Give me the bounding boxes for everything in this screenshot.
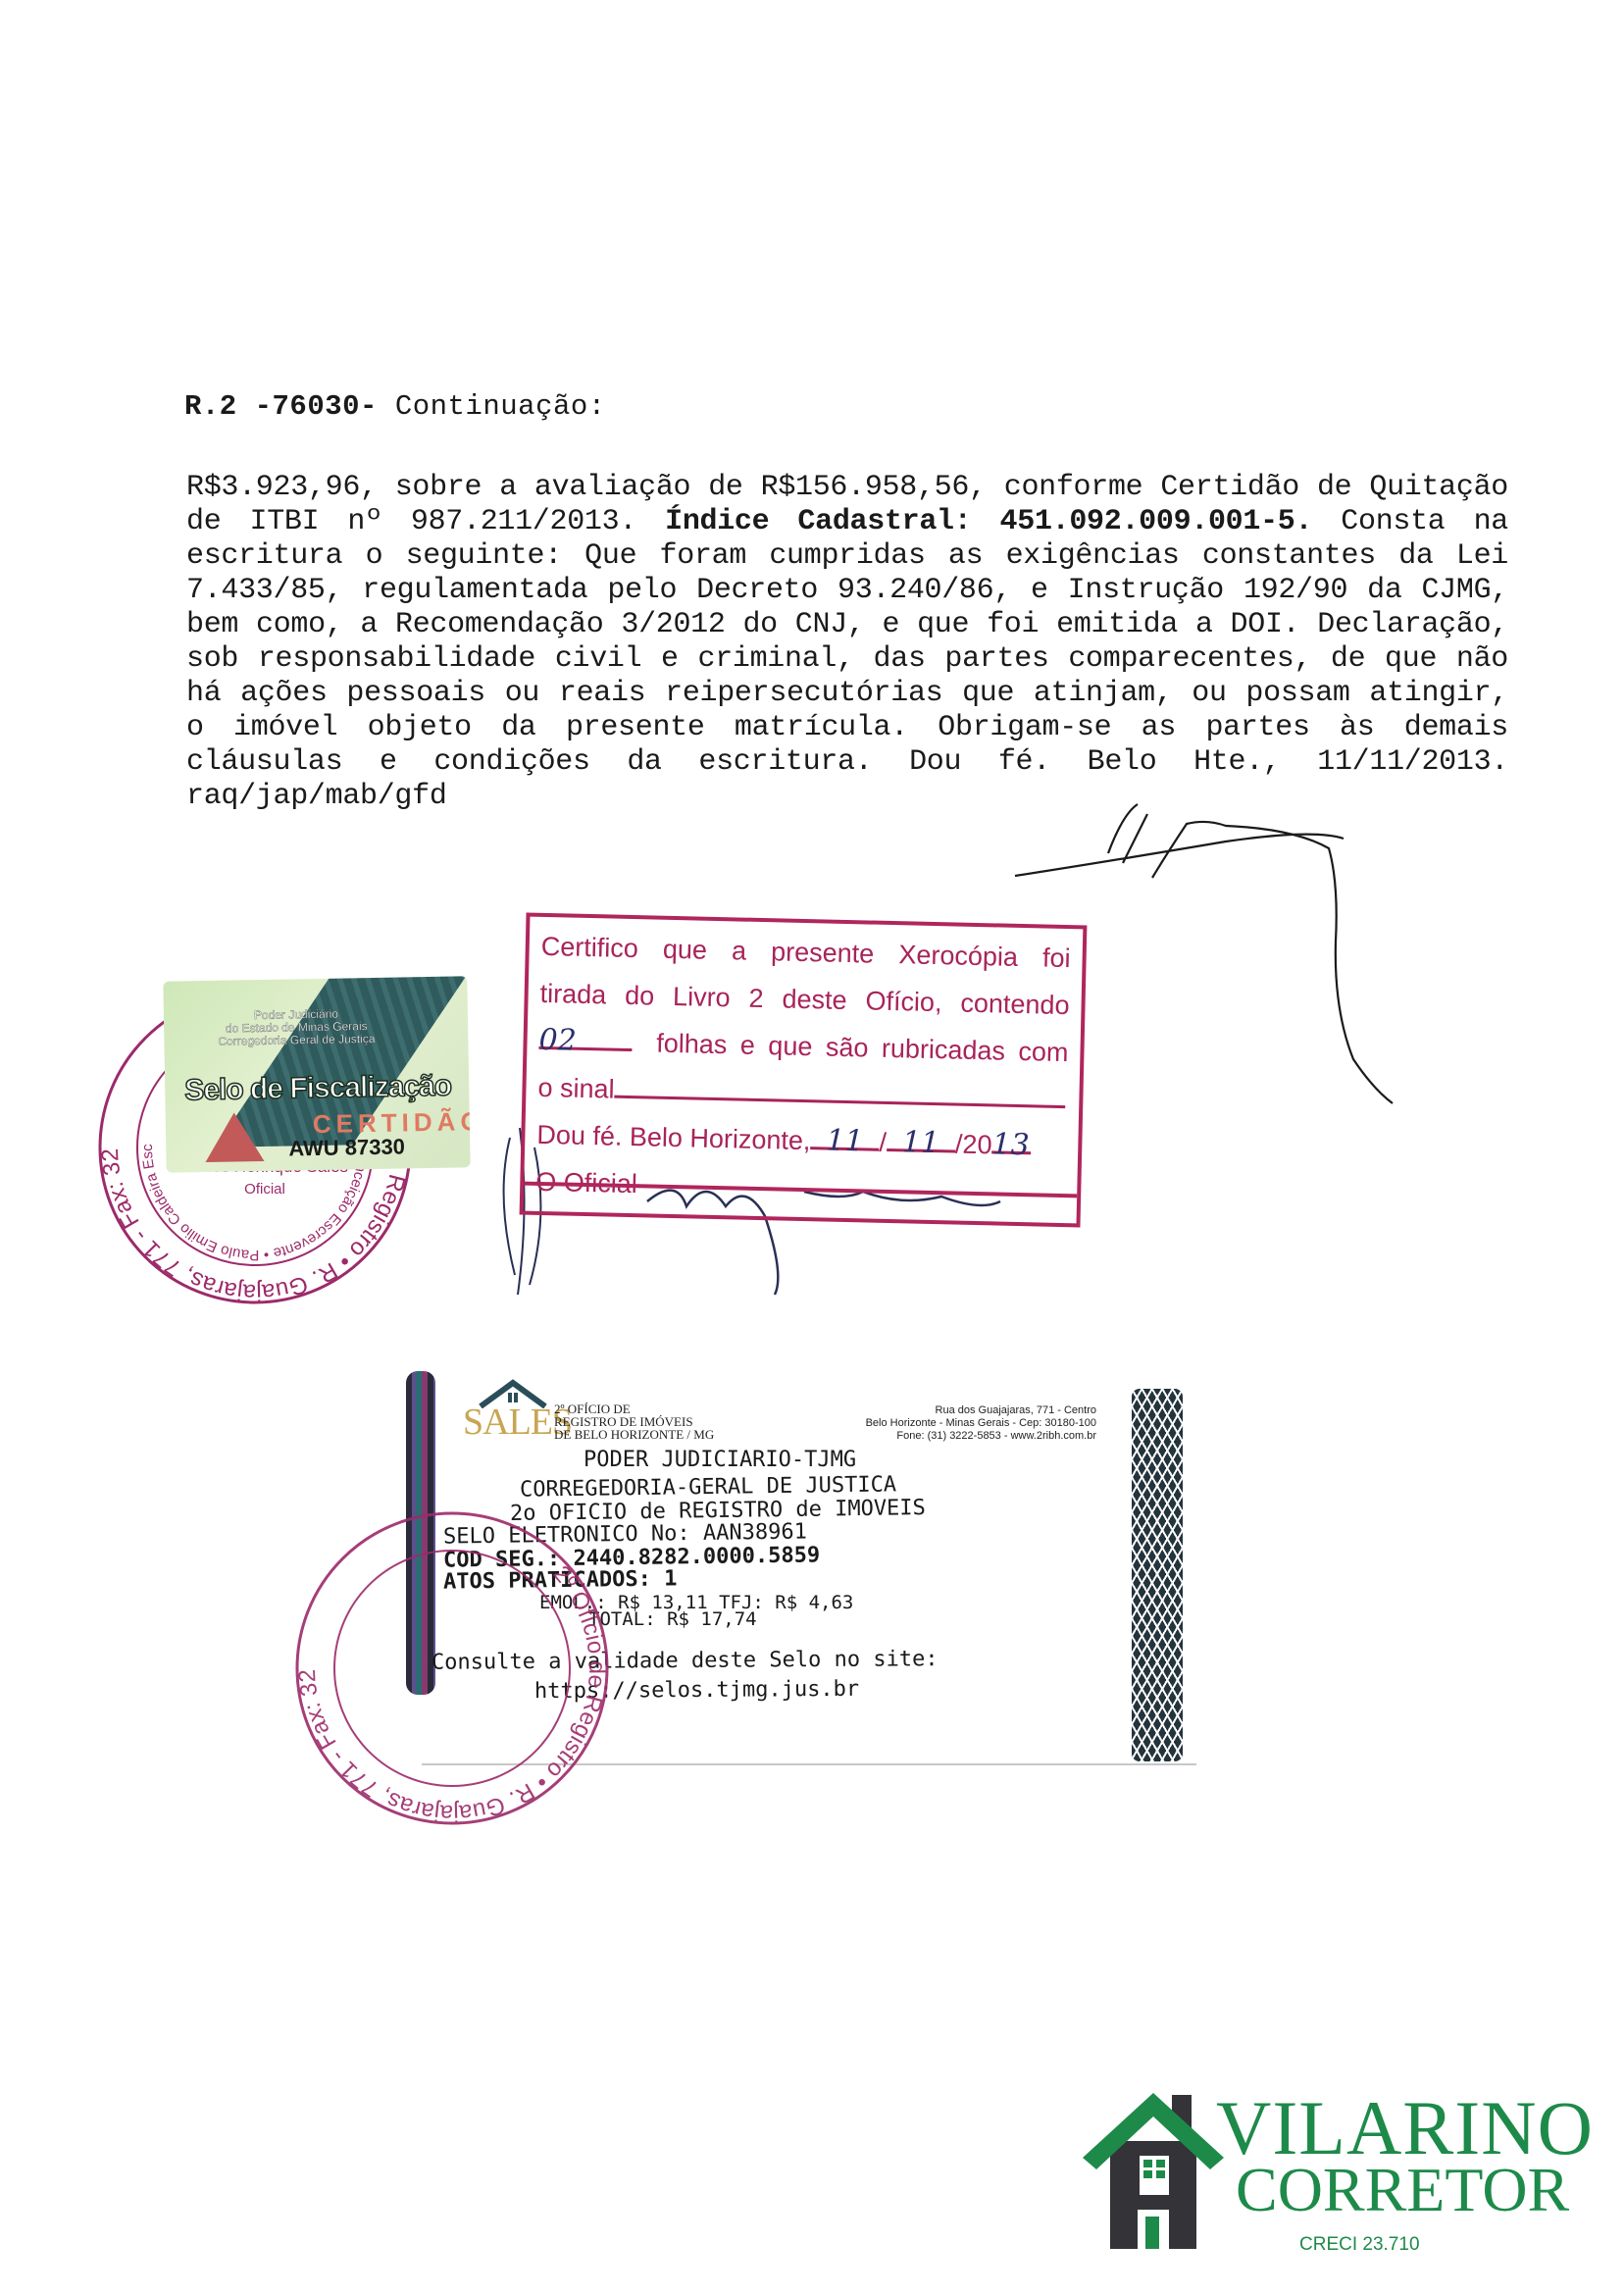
certification-stamp: CertificoqueapresenteXerocópiafoi tirada… — [520, 913, 1088, 1228]
paragraph-segment: Consta na escritura o seguinte: Que fora… — [186, 505, 1508, 813]
document-heading: R.2 -76030- Continuação: — [184, 390, 606, 423]
svg-text:2º Ofício de Registro • R. Gua: 2º Ofício de Registro • R. Guajajaras, 7… — [290, 1506, 610, 1826]
brand-creci: CRECI 23.710 — [1299, 2234, 1420, 2256]
registration-ref: R.2 -76030- — [184, 390, 378, 423]
fiscal-seal-sticker: Poder Judiciário do Estado de Minas Gera… — [163, 976, 470, 1172]
house-logo-icon — [1079, 2087, 1226, 2254]
vilarino-watermark-logo: VILARINO CORRETOR CRECI 23.710 — [1079, 2087, 1608, 2283]
seal-issuer: Poder Judiciário do Estado de Minas Gera… — [218, 1007, 376, 1048]
brand-subtitle: CORRETOR — [1236, 2158, 1569, 2222]
sheets-count: 02 — [538, 1023, 577, 1058]
total-amount: R$ 17,74 — [667, 1608, 757, 1630]
minas-triangle-emblem-icon — [205, 1112, 265, 1162]
office-round-stamp-lower: 2º Ofício de Registro • R. Guajajaras, 7… — [290, 1506, 614, 1830]
date-year: 13 — [991, 1127, 1030, 1162]
acts-count: 1 — [664, 1566, 678, 1591]
cadastral-index: Índice Cadastral: 451.092.009.001-5. — [665, 505, 1312, 538]
office-address: Rua dos Guajajaras, 771 - Centro Belo Ho… — [802, 1404, 1096, 1443]
seal-title: Selo de Fiscalização — [184, 1070, 451, 1108]
heading-label: Continuação: — [395, 390, 606, 423]
office-name: 2º OFÍCIO DE REGISTRO DE IMÓVEIS DE BELO… — [554, 1402, 714, 1441]
seal-number: AAN38961 — [703, 1519, 807, 1545]
receipt-line-judiciary: PODER JUDICIARIO-TJMG — [584, 1448, 856, 1472]
hologram-strip-right — [1132, 1389, 1183, 1761]
seal-code: AWU 87330 — [288, 1134, 405, 1161]
registration-body-paragraph: R$3.923,96, sobre a avaliação de R$156.9… — [186, 471, 1508, 814]
date-day: 11 — [826, 1124, 864, 1159]
svg-text:Oficial: Oficial — [244, 1181, 285, 1198]
date-month: 11 — [902, 1125, 940, 1160]
